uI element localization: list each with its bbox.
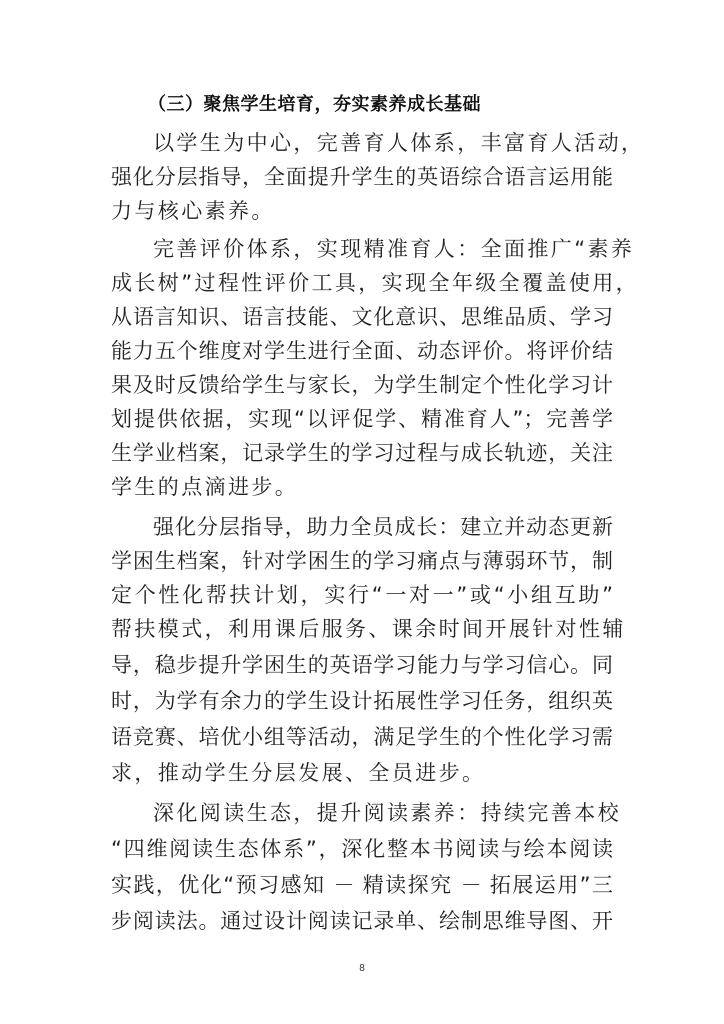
paragraph-4-line-1: 深化阅读生态，提升阅读素养：持续完善本校	[153, 798, 613, 828]
paragraph-4-line-2: “四维阅读生态体系”，深化整本书阅读与绘本阅读	[111, 834, 613, 864]
paragraph-1-line-3: 力与核心素养。	[111, 196, 613, 226]
paragraph-3-line-2: 学困生档案，针对学困生的学习痛点与薄弱环节，制	[111, 546, 613, 576]
paragraph-2-line-6: 划提供依据，实现“以评促学、精准育人”；完善学	[111, 404, 613, 434]
page-number: 8	[0, 963, 724, 974]
paragraph-2-line-5: 果及时反馈给学生与家长，为学生制定个性化学习计	[111, 370, 613, 400]
paragraph-3-line-3: 定个性化帮扶计划，实行“一对一”或“小组互助”	[111, 580, 613, 610]
paragraph-3-line-6: 时，为学有余力的学生设计拓展性学习任务，组织英	[111, 686, 613, 716]
section-heading: （三）聚焦学生培育，夯实素养成长基础	[148, 90, 481, 116]
document-page: （三）聚焦学生培育，夯实素养成长基础 以学生为中心，完善育人体系，丰富育人活动，…	[0, 0, 724, 1024]
paragraph-3-line-7: 语竞赛、培优小组等活动，满足学生的个性化学习需	[111, 722, 613, 752]
paragraph-4-line-3: 实践，优化“预习感知 － 精读探究 － 拓展运用”三	[111, 870, 613, 900]
paragraph-3-line-5: 导，稳步提升学困生的英语学习能力与学习信心。同	[111, 650, 613, 680]
paragraph-2-line-8: 学生的点滴进步。	[111, 472, 613, 502]
paragraph-2-line-3: 从语言知识、语言技能、文化意识、思维品质、学习	[111, 302, 613, 332]
paragraph-3-line-8: 求，推动学生分层发展、全员进步。	[111, 758, 613, 788]
paragraph-3-line-1: 强化分层指导，助力全员成长：建立并动态更新	[153, 512, 613, 542]
paragraph-3-line-4: 帮扶模式，利用课后服务、课余时间开展针对性辅	[111, 614, 613, 644]
paragraph-4-line-4: 步阅读法。通过设计阅读记录单、绘制思维导图、开	[111, 906, 613, 936]
paragraph-2-line-2: 成长树”过程性评价工具，实现全年级全覆盖使用，	[111, 268, 613, 298]
paragraph-2-line-4: 能力五个维度对学生进行全面、动态评价。将评价结	[111, 336, 613, 366]
paragraph-2-line-1: 完善评价体系，实现精准育人：全面推广“素养	[153, 234, 613, 264]
paragraph-1-line-1: 以学生为中心，完善育人体系，丰富育人活动，	[153, 128, 613, 158]
paragraph-1-line-2: 强化分层指导，全面提升学生的英语综合语言运用能	[111, 162, 613, 192]
paragraph-2-line-7: 生学业档案，记录学生的学习过程与成长轨迹，关注	[111, 438, 613, 468]
